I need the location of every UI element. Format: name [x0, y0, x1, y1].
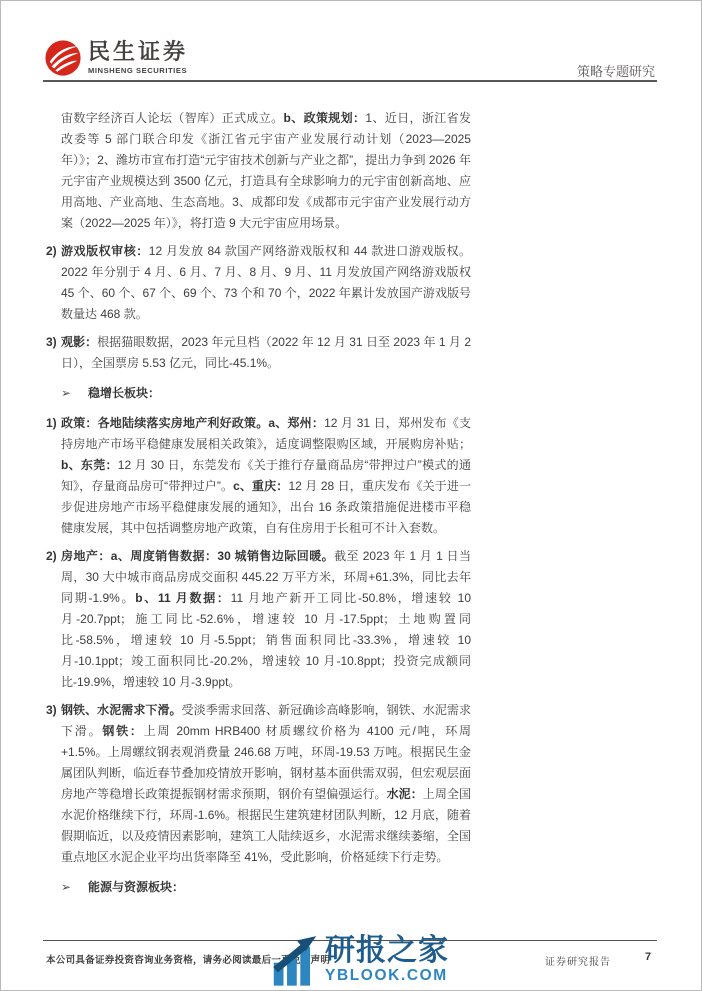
list-marker: 3): [46, 332, 57, 353]
watermark-name-cn: 研报之家: [325, 935, 449, 966]
header-divider: [43, 80, 657, 82]
text-run-bold: 水泥：: [387, 787, 423, 801]
watermark-domain: YBLOOK.COM: [325, 967, 449, 985]
watermark: 研报之家 YBLOOK.COM: [272, 933, 449, 987]
paragraph-real-estate-data: 2)房地产：a、周度销售数据：30 城销售边际回暖。截至 2023 年 1 月 …: [46, 546, 471, 693]
paragraph-continuation: 宙数字经济百人论坛（智库）正式成立。b、政策规划：1、近日，浙江省发改委等 5 …: [46, 108, 471, 234]
list-marker: 3): [46, 700, 57, 721]
report-body: 宙数字经济百人论坛（智库）正式成立。b、政策规划：1、近日，浙江省发改委等 5 …: [46, 108, 471, 907]
arrow-bullet-icon: ➢: [61, 383, 71, 404]
footer-doc-type: 证券研究报告: [545, 953, 611, 968]
watermark-text: 研报之家 YBLOOK.COM: [325, 935, 449, 987]
section-label: 稳增长板块：: [88, 386, 160, 400]
list-marker: 2): [46, 546, 57, 567]
list-marker: 2): [46, 241, 57, 262]
text-run-bold: c、重庆：: [233, 479, 288, 493]
brand-name-cn: 民生证券: [88, 40, 188, 64]
text-run-bold: b、11 月数据：: [135, 591, 230, 605]
paragraph-property-policy: 1)政策：各地陆续落实房地产利好政策。a、郑州：12 月 31 日，郑州发布《支…: [46, 413, 471, 539]
text-run-bold: 观影：: [61, 335, 97, 349]
paragraph-steel-cement: 3)钢铁、水泥需求下滑。受淡季需求回落、新冠确诊高峰影响，钢铁、水泥需求下滑。钢…: [46, 700, 471, 868]
page-number: 7: [645, 951, 651, 963]
text-run-bold: 钢铁：: [102, 724, 143, 738]
text-run: 1、近日，浙江省发改委等 5 部门联合印发《浙江省元宇宙产业发展行动计划（202…: [61, 111, 471, 230]
paragraph-game-licenses: 2)游戏版权审核：12 月发放 84 款国产网络游戏版权和 44 款进口游戏版权…: [46, 241, 471, 325]
paragraph-box-office: 3)观影：根据猫眼数据，2023 年元旦档（2022 年 12 月 31 日至 …: [46, 332, 471, 374]
text-run-bold: 房地产：a、周度销售数据：30 城销售边际回暖。: [61, 549, 334, 563]
brand-name-en: MINSHENG SECURITIES: [88, 66, 188, 75]
watermark-chart-arrow-icon: [272, 933, 318, 987]
text-run: 根据猫眼数据，2023 年元旦档（2022 年 12 月 31 日至 2023 …: [61, 335, 471, 370]
report-type-label: 策略专题研究: [577, 61, 655, 80]
text-run: 11 月地产新开工同比-50.8%，增速较 10 月-20.7ppt；施工同比-…: [61, 591, 471, 689]
text-run-bold: b、政策规划：: [284, 111, 366, 125]
section-label: 能源与资源板块：: [88, 880, 184, 894]
text-run-bold: 游戏版权审核：: [61, 244, 149, 258]
brand-text: 民生证券 MINSHENG SECURITIES: [88, 39, 188, 75]
arrow-bullet-icon: ➢: [61, 877, 71, 898]
section-bullet-stable-growth: ➢稳增长板块：: [46, 383, 471, 404]
text-run-bold: b、东莞：: [61, 458, 118, 472]
company-logo: 民生证券 MINSHENG SECURITIES: [44, 39, 188, 77]
report-page: 民生证券 MINSHENG SECURITIES 策略专题研究 宙数字经济百人论…: [0, 0, 702, 991]
text-run-bold: 钢铁、水泥需求下滑。: [61, 703, 182, 717]
list-marker: 1): [46, 413, 57, 434]
section-bullet-energy-resources: ➢能源与资源板块：: [46, 877, 471, 898]
minsheng-logo-icon: [44, 39, 82, 77]
text-run-bold: 政策：各地陆续落实房地产利好政策。a、郑州：: [61, 416, 324, 430]
text-run: 宙数字经济百人论坛（智库）正式成立。: [61, 111, 284, 125]
